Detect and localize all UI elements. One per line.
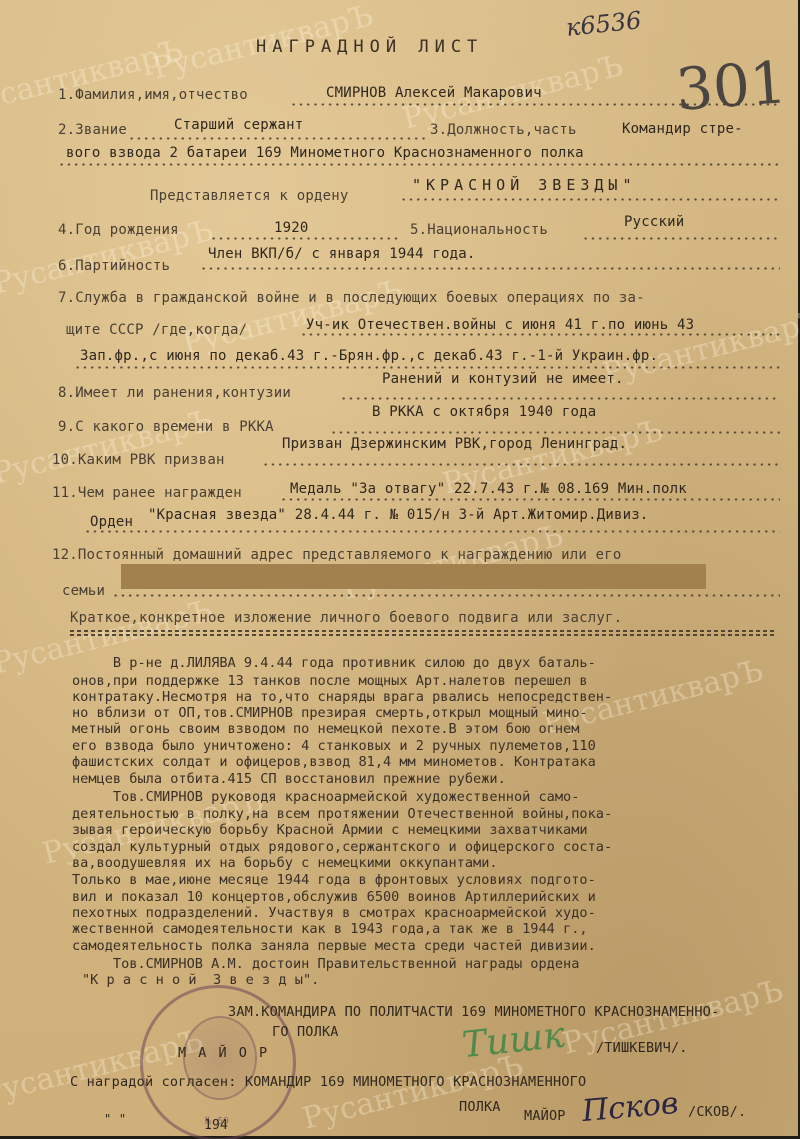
field-prior-awards-prefix: Орден: [90, 514, 133, 530]
dotted-leader: [300, 333, 780, 336]
field-birth-year-label: 4.Год рождения: [58, 222, 179, 238]
field-nationality-value: Русский: [624, 214, 684, 230]
field-prior-awards-value-line1: Медаль "За отвагу" 22.7.43 г.№ 08.169 Ми…: [290, 481, 687, 497]
archive-number: к6536: [565, 6, 643, 42]
dotted-leader: [290, 103, 780, 106]
field-drafted-by-value: Призван Дзержинским РВК,город Ленинград.: [282, 436, 627, 452]
date-year: 194: [204, 1118, 228, 1133]
field-rkka-since-label: 9.С какого времени в РККА: [58, 419, 274, 435]
narrative-line: создал культурный отдых рядового,сержант…: [72, 840, 792, 856]
field-position-value-line2: вого взвода 2 батареи 169 Минометного Кр…: [66, 145, 584, 161]
document-title: НАГРАДНОЙ ЛИСТ: [256, 37, 483, 57]
watermark: РусантикварЪ: [0, 403, 217, 492]
narrative-line: В р-не д.ЛИЛЯВА 9.4.44 года противник си…: [72, 656, 792, 672]
approval-line1: С наградой согласен: КОМАНДИР 169 МИНОМЕ…: [70, 1074, 586, 1090]
commander-signature: Псков: [581, 1086, 680, 1129]
field-party-label: 6.Партийность: [58, 258, 170, 274]
deputy-title-line1: ЗАМ.КОМАНДИРА ПО ПОЛИТЧАСТИ 169 МИНОМЕТН…: [228, 1004, 719, 1020]
presented-order-value: "КРАСНОЙ ЗВЕЗДЫ": [412, 176, 637, 194]
deputy-rank: М А Й О Р: [178, 1045, 269, 1061]
dotted-leader: [74, 366, 780, 369]
deputy-title-line2: ГО ПОЛКА: [272, 1024, 339, 1040]
date-quotes: " ": [104, 1112, 126, 1126]
narrative-line: фашистских солдат и офицеров,взвод 81,4 …: [72, 755, 792, 771]
narrative-line: Тов.СМИРНОВ А.М. достоин Правительственн…: [72, 957, 792, 973]
narrative-line: немцев была отбита.415 СП восстановил пр…: [72, 772, 792, 788]
field-service-value-line2: Зап.фр.,с июня по декаб.43 г.-Брян.фр.,с…: [80, 348, 658, 364]
narrative-line: "К р а с н о й З в е з д ы".: [82, 973, 800, 989]
commander-name: /СКОВ/.: [688, 1104, 746, 1120]
dotted-leader: [84, 530, 780, 533]
narrative-line: онов,при поддержке 13 танков после мощны…: [72, 674, 792, 690]
narrative-line: метный огонь своим взводом по немецкой п…: [72, 722, 792, 738]
dotted-leader: [58, 163, 780, 166]
approval-line2: ПОЛКА: [459, 1099, 501, 1115]
narrative-line: жественной самодеятельности как в 1943 г…: [72, 922, 792, 938]
field-full-name-label: 1.Фамилия,имя,отчество: [58, 87, 248, 103]
dotted-leader: [340, 397, 780, 400]
narrative-line: Только в мае,июне месяце 1944 года в фро…: [72, 873, 792, 889]
narrative-line: вил и показал 10 концертов,обслужив 6500…: [72, 890, 792, 906]
field-prior-awards-value-line2: "Красная звезда" 28.4.44 г. № 015/н 3-й …: [148, 507, 648, 523]
dotted-leader: [210, 237, 400, 240]
narrative-line: ва,воодушевляя их на борьбу с немецкими …: [72, 856, 792, 872]
field-service-label-line1: 7.Служба в гражданской войне и в последу…: [58, 290, 645, 306]
field-rkka-since-value: В РККА с октября 1940 года: [372, 404, 596, 420]
award-sheet: РусантикварЪ РусантикварЪ РусантикварЪ Р…: [0, 0, 800, 1139]
double-rule: [70, 630, 774, 632]
dotted-leader: [112, 594, 780, 597]
double-rule: [70, 634, 774, 636]
field-address-label-line2: семьи: [62, 583, 105, 599]
field-party-value: Член ВКП/б/ с января 1944 года.: [208, 246, 476, 262]
dotted-leader: [400, 198, 780, 201]
deputy-name: /ТИШКЕВИЧ/.: [596, 1040, 688, 1056]
field-service-value-line1: Уч-ик Отечествен.войны с июня 41 г.по ию…: [306, 317, 694, 333]
dotted-leader: [280, 498, 780, 501]
sheet-number: 301: [674, 48, 789, 124]
field-birth-year-value: 1920: [274, 220, 309, 236]
field-address-label-line1: 12.Постоянный домашний адрес представляе…: [52, 547, 622, 563]
narrative-line: пехотных подразделений. Участвуя в смотр…: [72, 906, 792, 922]
narrative-line: но вблизи от ОП,тов.СМИРНОВ презирая сме…: [72, 706, 792, 722]
narrative-line: зывая героическую борьбу Красной Армии с…: [72, 823, 792, 839]
dotted-leader: [330, 431, 780, 434]
field-full-name-value: СМИРНОВ Алексей Макарович: [326, 85, 542, 101]
address-redaction-bar: [121, 564, 706, 589]
narrative-line: деятельностью в полку,на всем протяжении…: [72, 807, 792, 823]
field-rank-value: Старший сержант: [174, 117, 303, 133]
field-drafted-by-label: 10.Каким РВК призван: [52, 452, 225, 468]
narrative-line: контратаку.Несмотря на то,что снаряды вр…: [72, 690, 792, 706]
dotted-leader: [262, 463, 780, 466]
deputy-signature: Тишк: [460, 1015, 567, 1067]
presented-label: Представляется к ордену: [150, 188, 348, 204]
field-wounds-value: Ранений и контузий не имеет.: [382, 371, 624, 387]
field-nationality-label: 5.Национальность: [410, 222, 548, 238]
dotted-leader: [128, 137, 428, 140]
field-position-value-line1: Командир стре-: [622, 121, 743, 137]
field-service-label-line2: щите СССР /где,когда/: [66, 322, 247, 338]
field-wounds-label: 8.Имеет ли ранения,контузии: [58, 385, 291, 401]
summary-heading: Краткое,конкретное изложение личного бое…: [70, 610, 622, 626]
field-position-label: 3.Должность,часть: [430, 122, 577, 138]
watermark: РусантикварЪ: [0, 33, 187, 122]
dotted-leader: [200, 267, 780, 270]
narrative-line: Тов.СМИРНОВ руководя красноармейской худ…: [72, 790, 792, 806]
dotted-leader: [582, 237, 780, 240]
field-prior-awards-label: 11.Чем ранее награжден: [52, 485, 242, 501]
narrative-line: самодеятельность полка заняла первые мес…: [72, 939, 792, 955]
narrative-line: его взвода было уничтожено: 4 станковых …: [72, 739, 792, 755]
field-rank-label: 2.Звание: [58, 122, 127, 138]
commander-rank: МАЙОР: [524, 1108, 566, 1124]
